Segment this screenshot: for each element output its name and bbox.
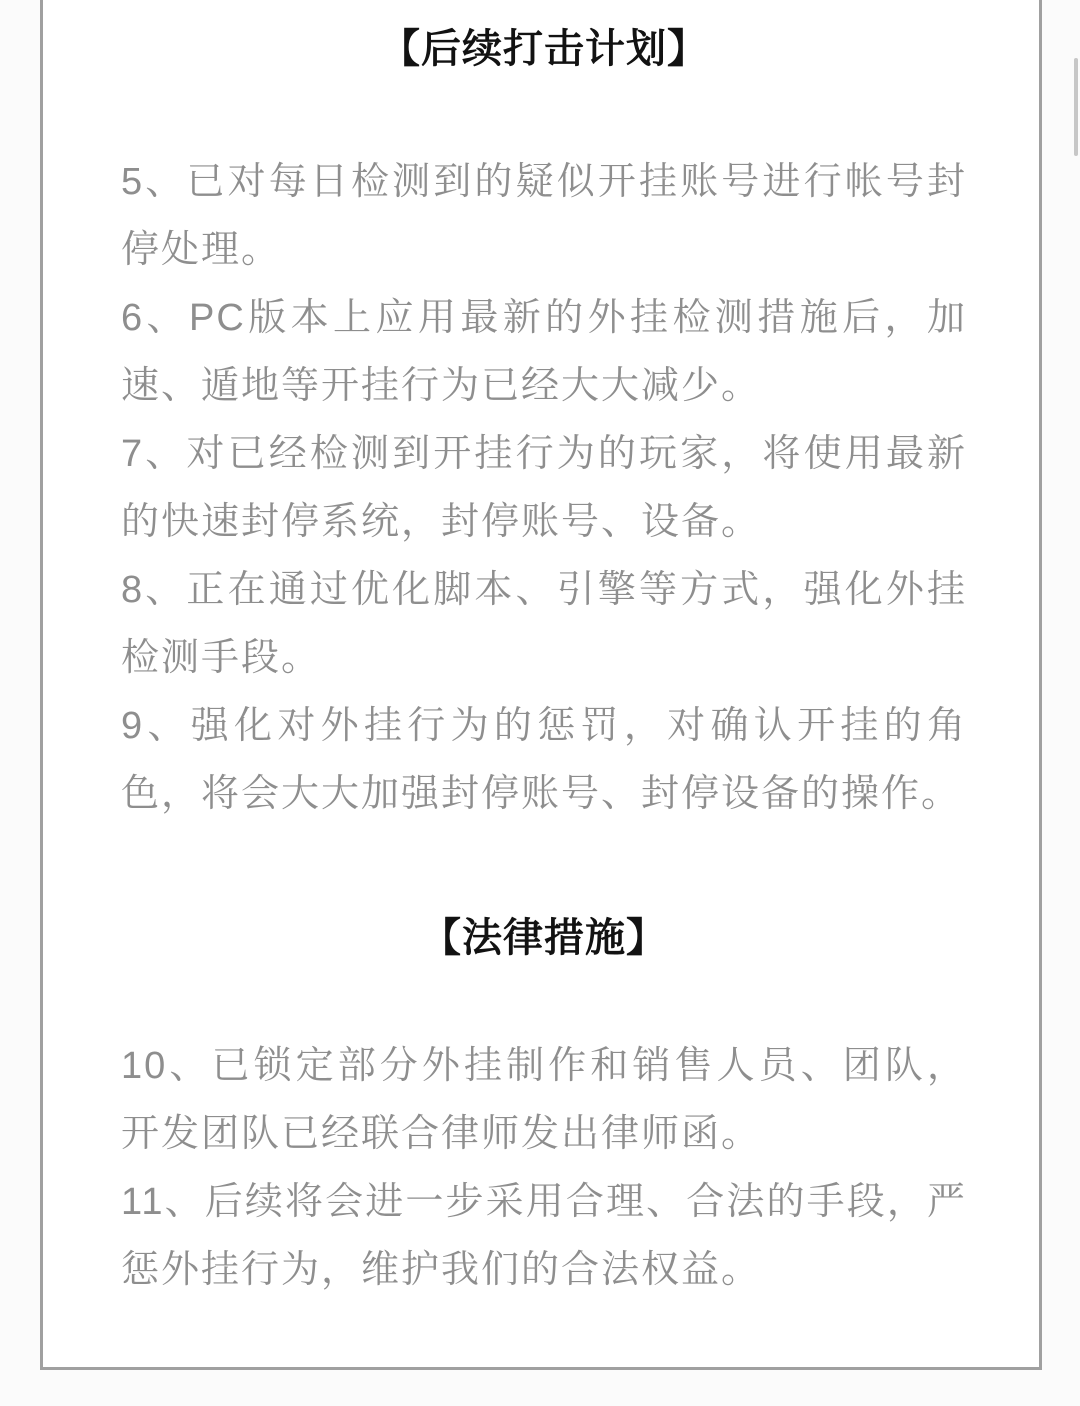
announcement-content: 【后续打击计划】 5、已对每日检测到的疑似开挂账号进行帐号封停处理。 6、PC版…: [43, 27, 1039, 1304]
list-item: 7、对已经检测到开挂行为的玩家，将使用最新的快速封停系统，封停账号、设备。: [121, 420, 967, 556]
list-item: 6、PC版本上应用最新的外挂检测措施后，加速、遁地等开挂行为已经大大减少。: [121, 284, 967, 420]
list-item: 11、后续将会进一步采用合理、合法的手段，严惩外挂行为，维护我们的合法权益。: [121, 1168, 967, 1304]
list-item: 5、已对每日检测到的疑似开挂账号进行帐号封停处理。: [121, 148, 967, 284]
section-legal-measures: 10、已锁定部分外挂制作和销售人员、团队，开发团队已经联合律师发出律师函。 11…: [121, 1032, 967, 1304]
section-heading-crackdown-plan: 【后续打击计划】: [121, 27, 967, 71]
list-item: 9、强化对外挂行为的惩罚，对确认开挂的角色，将会大大加强封停账号、封停设备的操作…: [121, 692, 967, 828]
announcement-card: 【后续打击计划】 5、已对每日检测到的疑似开挂账号进行帐号封停处理。 6、PC版…: [40, 0, 1042, 1370]
list-item: 10、已锁定部分外挂制作和销售人员、团队，开发团队已经联合律师发出律师函。: [121, 1032, 967, 1168]
list-item: 8、正在通过优化脚本、引擎等方式，强化外挂检测手段。: [121, 556, 967, 692]
section-crackdown-plan: 5、已对每日检测到的疑似开挂账号进行帐号封停处理。 6、PC版本上应用最新的外挂…: [121, 148, 967, 828]
scrollbar-thumb[interactable]: [1074, 58, 1078, 156]
section-heading-legal-measures: 【法律措施】: [121, 916, 967, 960]
